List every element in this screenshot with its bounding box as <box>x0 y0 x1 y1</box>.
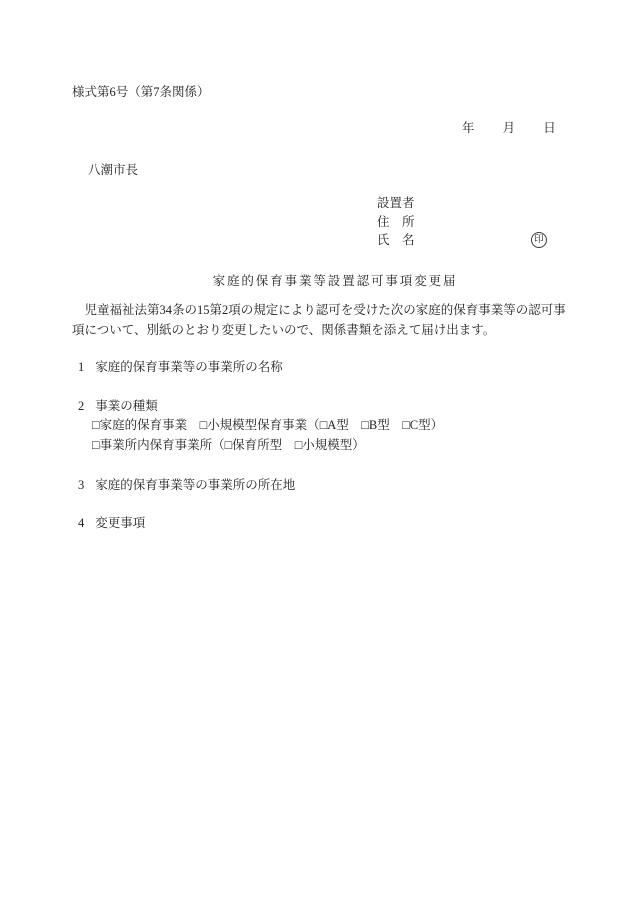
option-separator: （ <box>307 418 320 432</box>
item-label: 事業の種類 <box>95 399 158 413</box>
option-label-onsite-daycare: 事業所内保育事業所 <box>100 438 213 452</box>
option-label-type-c: C型 <box>410 418 431 432</box>
checkbox-family-daycare[interactable]: □ <box>92 417 100 433</box>
item-label: 変更事項 <box>95 516 145 530</box>
item-number: 4 <box>78 516 84 530</box>
form-item-4: 4変更事項 <box>78 515 145 531</box>
issuer-name-label: 氏 名 <box>377 232 415 248</box>
issuer-role-label: 設置者 <box>377 195 415 211</box>
document-page: 様式第6号（第7条関係） 年 月 日 八潮市長 設置者 住 所 氏 名 印 家庭… <box>0 0 630 915</box>
option-label-type-a: A型 <box>327 418 349 432</box>
body-paragraph-line-2: 項について、別紙のとおり変更したいので、関係書類を添えて届け出ます。 <box>72 322 495 338</box>
option-label-small-scale-type: 小規模型 <box>302 438 352 452</box>
item-number: 3 <box>78 478 84 492</box>
option-separator <box>390 418 403 432</box>
seal-mark: 印 <box>531 232 547 248</box>
option-separator: （ <box>212 438 225 452</box>
business-type-row-2: □事業所内保育事業所（□保育所型 □小規模型） <box>92 437 365 453</box>
option-separator: ） <box>352 438 365 452</box>
form-number-label: 様式第6号（第7条関係） <box>72 84 210 100</box>
option-separator: ） <box>431 418 444 432</box>
item-label: 家庭的保育事業等の事業所の所在地 <box>95 478 295 492</box>
addressee-label: 八潮市長 <box>88 162 138 178</box>
item-number: 2 <box>78 399 84 413</box>
option-separator <box>282 438 295 452</box>
form-item-2: 2事業の種類 <box>78 398 158 414</box>
document-title: 家庭的保育事業等設置認可事項変更届 <box>72 273 598 289</box>
checkbox-type-b[interactable]: □ <box>361 417 369 433</box>
date-month-label: 月 <box>503 121 516 135</box>
item-label: 家庭的保育事業等の事業所の名称 <box>95 360 283 374</box>
option-label-family-daycare: 家庭的保育事業 <box>100 418 188 432</box>
item-number: 1 <box>78 360 84 374</box>
business-type-row-1: □家庭的保育事業 □小規模型保育事業（□A型 □B型 □C型） <box>92 417 443 433</box>
date-year-label: 年 <box>462 121 475 135</box>
option-separator <box>349 418 362 432</box>
body-paragraph-line-1: 児童福祉法第34条の15第2項の規定により認可を受けた次の家庭的保育事業等の認可… <box>72 302 566 318</box>
option-label-nursery-school-type: 保育所型 <box>232 438 282 452</box>
option-label-type-b: B型 <box>369 418 390 432</box>
form-item-1: 1家庭的保育事業等の事業所の名称 <box>78 359 283 375</box>
form-item-3: 3家庭的保育事業等の事業所の所在地 <box>78 477 295 493</box>
issuer-address-label: 住 所 <box>377 214 415 230</box>
date-line: 年 月 日 <box>462 120 556 136</box>
checkbox-onsite-daycare[interactable]: □ <box>92 437 100 453</box>
date-day-label: 日 <box>543 121 556 135</box>
checkbox-type-c[interactable]: □ <box>402 417 410 433</box>
option-separator <box>187 418 200 432</box>
option-label-small-scale-daycare: 小規模型保育事業 <box>207 418 307 432</box>
